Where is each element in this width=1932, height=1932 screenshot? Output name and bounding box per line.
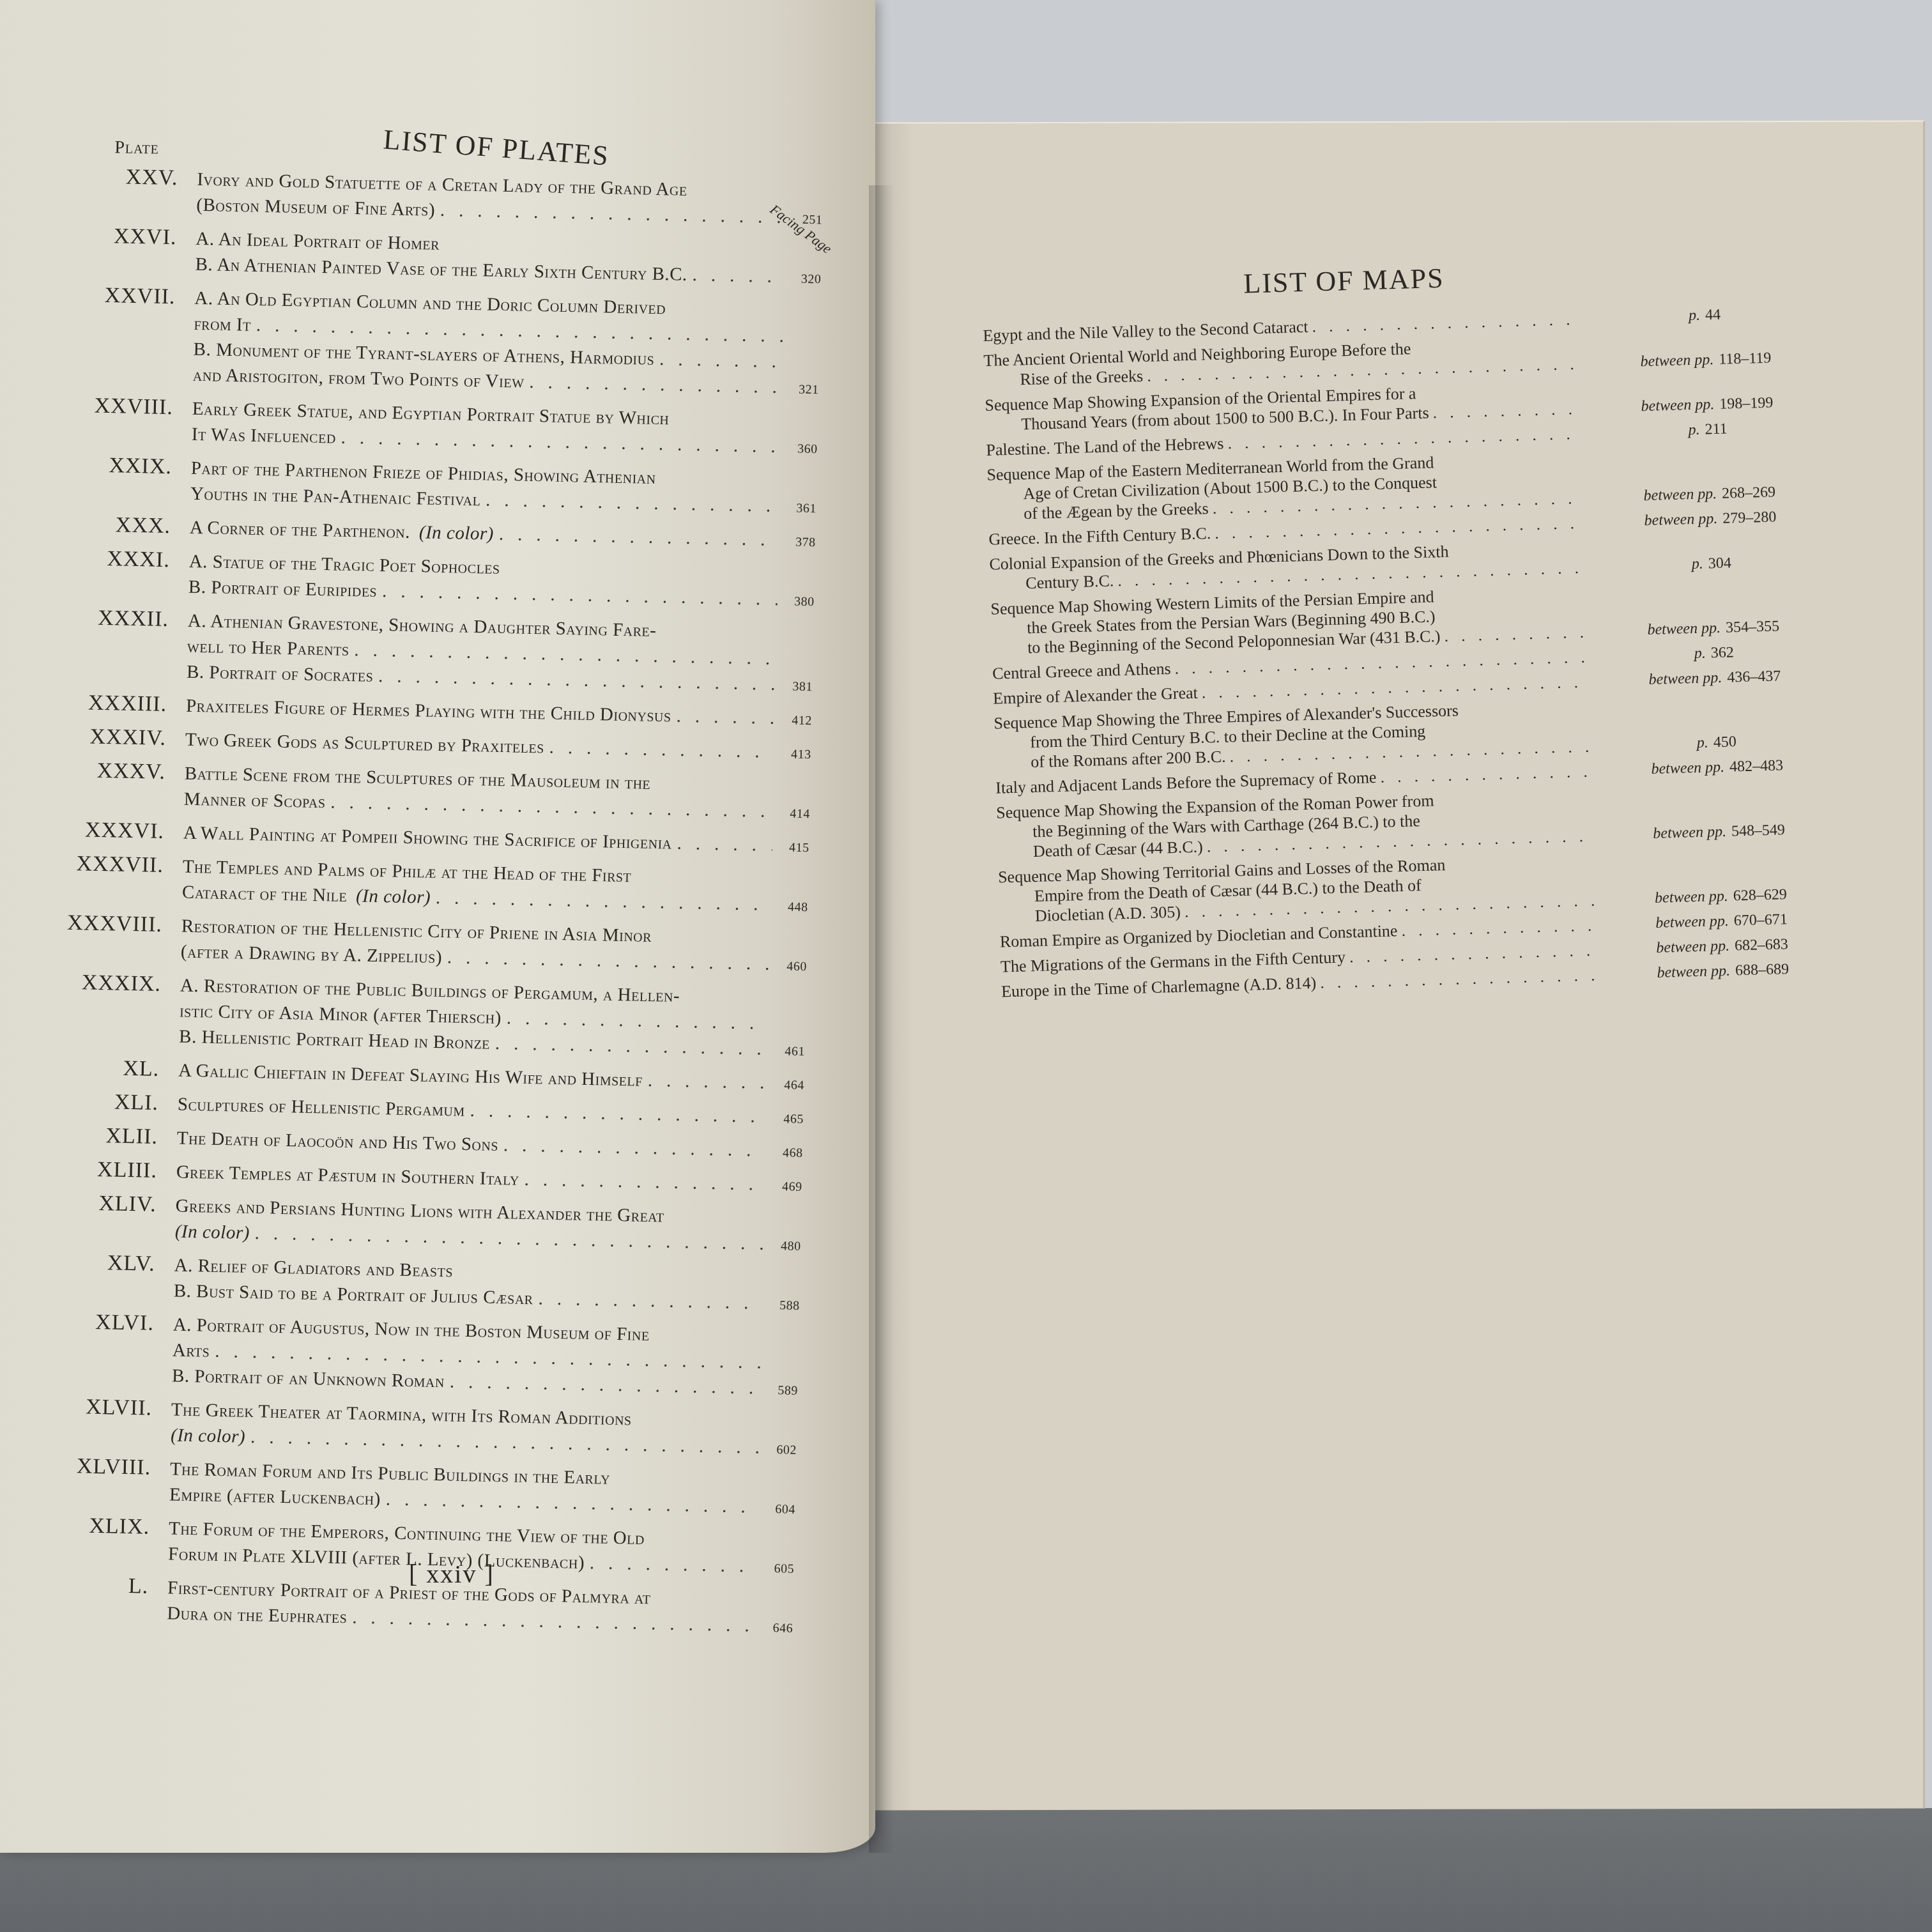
- map-title-text: Europe in the Time of Charlemagne (A.D. …: [1001, 973, 1317, 1002]
- dot-leader: ..............................: [470, 1098, 767, 1130]
- map-page-reference: p.450: [1595, 730, 1838, 756]
- facing-page-number: [782, 639, 814, 640]
- facing-page-number: 460: [774, 953, 807, 979]
- plate-entries: XXV.Ivory and Gold Statuette of a Cretan…: [0, 163, 849, 1648]
- facing-page-number: [785, 486, 817, 487]
- plate-title: Part of the Parthenon Frieze of Phidias,…: [190, 456, 818, 522]
- plate-title: A. An Ideal Portrait of HomerB. An Athen…: [195, 226, 822, 293]
- plate-number: XXXII.: [8, 604, 188, 687]
- facing-page-number: [764, 1487, 796, 1488]
- map-page-reference: between pp.670–671: [1600, 908, 1843, 935]
- dot-leader: ..............................: [590, 1550, 758, 1579]
- facing-page-number: [783, 579, 815, 580]
- plate-number: XXVIII.: [13, 392, 193, 449]
- plate-title: Battle Scene from the Sculptures of the …: [184, 761, 811, 827]
- page-ref-numbers: 211: [1705, 420, 1728, 438]
- page-number-folio: [ xxiv ]: [409, 1559, 494, 1589]
- facing-page-number: 589: [765, 1377, 798, 1404]
- facing-page-number: [787, 367, 819, 368]
- map-entries: Egypt and the Nile Valley to the Second …: [983, 302, 1851, 1007]
- plate-title-text: B. Portrait of Socrates: [187, 659, 374, 689]
- plate-title-text: B. Portrait of Euripides: [188, 574, 378, 604]
- facing-page-number: 320: [789, 266, 822, 292]
- plate-entry: XXXVIII.Restoration of the Hellenistic C…: [2, 910, 833, 980]
- dot-leader: [655, 1604, 756, 1606]
- facing-page-number: 468: [770, 1140, 803, 1166]
- facing-page-number: [778, 792, 810, 792]
- dot-leader: ..............................: [1349, 940, 1598, 967]
- map-title: Sequence Map Showing the Three Empires o…: [993, 696, 1595, 772]
- facing-page-number: 378: [783, 529, 816, 555]
- facing-page-number: 413: [779, 741, 811, 767]
- facing-page-number: [790, 257, 822, 257]
- plate-number: XLVII.: [0, 1393, 171, 1450]
- page-ref-prefix: p.: [1696, 735, 1708, 751]
- map-page-reference: between pp.279–280: [1589, 506, 1832, 533]
- plate-title-text: Praxiteles Figure of Hermes Playing with…: [186, 693, 671, 729]
- map-page-reference: between pp.118–119: [1584, 347, 1828, 374]
- page-ref-prefix: p.: [1689, 307, 1701, 324]
- facing-page-number: 412: [779, 707, 812, 733]
- page-ref-prefix: between pp.: [1644, 510, 1717, 529]
- page-ref-numbers: 450: [1713, 733, 1736, 751]
- plate-number: XXXV.: [5, 757, 185, 814]
- map-title-text: Death of Cæsar (44 B.C.): [1033, 837, 1204, 861]
- page-ref-prefix: between pp.: [1655, 888, 1728, 907]
- map-page-reference: between pp.482–483: [1595, 755, 1839, 781]
- page-ref-numbers: 436–437: [1727, 668, 1781, 686]
- facing-page-number: [775, 944, 807, 945]
- page-ref-prefix: between pp.: [1643, 486, 1717, 504]
- dot-leader: [636, 1425, 760, 1428]
- plate-entry: XXXI.A. Statue of the Tragic Poet Sophoc…: [10, 545, 841, 615]
- plate-entry: XXVIII.Early Greek Statue, and Egyptian …: [13, 392, 844, 463]
- facing-page-number: [781, 664, 813, 665]
- facing-page-number: 380: [782, 588, 815, 615]
- facing-page-number: 480: [769, 1233, 801, 1259]
- plate-number: XLIX.: [0, 1512, 169, 1569]
- plate-title-line: A Corner of the Parthenon.(In color)....…: [189, 515, 816, 556]
- dot-leader: [674, 425, 781, 427]
- plate-number: XXVI.: [16, 222, 196, 279]
- plate-number: XXXVIII.: [2, 910, 182, 967]
- map-title-text: The Migrations of the Germans in the Fif…: [1000, 947, 1346, 976]
- book-gutter: [869, 185, 894, 1853]
- plate-title: The Temples and Palms of Philæ at the He…: [182, 854, 809, 921]
- plate-entry: XXXV.Battle Scene from the Sculptures of…: [5, 757, 836, 827]
- page-ref-prefix: between pp.: [1647, 620, 1721, 638]
- plate-title-text: Arts: [172, 1337, 210, 1363]
- plate-title: Early Greek Statue, and Egyptian Portrai…: [192, 396, 819, 463]
- map-page-reference: between pp.354–355: [1591, 615, 1835, 642]
- facing-page-number: [774, 1029, 806, 1030]
- dot-leader: ..............................: [676, 703, 775, 731]
- map-title-text: Greece. In the Fifth Century B.C.: [988, 523, 1211, 549]
- map-page-reference: between pp.688–689: [1601, 958, 1844, 985]
- map-title-text: Diocletian (A.D. 305): [1034, 902, 1181, 926]
- dot-leader: [661, 636, 776, 639]
- dot-leader: [657, 942, 770, 944]
- dot-leader: ..............................: [549, 735, 774, 765]
- plate-number: XXV.: [17, 163, 197, 220]
- facing-page-number: [788, 342, 820, 342]
- map-page-reference: between pp.198–199: [1586, 392, 1829, 418]
- plate-number: XLV.: [0, 1249, 174, 1306]
- page-ref-numbers: 362: [1710, 644, 1734, 661]
- plate-number: XXXIV.: [6, 723, 186, 755]
- dot-leader: [655, 789, 773, 792]
- page-ref-prefix: p.: [1688, 422, 1700, 438]
- plate-title-text: A Corner of the Parthenon.: [190, 515, 411, 545]
- map-page-reference: between pp.682–683: [1600, 933, 1844, 960]
- plate-title: Greeks and Persians Hunting Lions with A…: [174, 1193, 802, 1259]
- facing-page-number: [763, 1547, 795, 1547]
- dot-leader: ..............................: [1380, 762, 1592, 787]
- dot-leader: ..............................: [1227, 424, 1583, 454]
- dot-leader: ..............................: [503, 1132, 767, 1163]
- dot-leader: ..............................: [524, 1167, 765, 1197]
- map-title-text: Empire of Alexander the Great: [993, 683, 1198, 709]
- map-page-reference: between pp.548–549: [1597, 819, 1841, 846]
- page-ref-numbers: 548–549: [1731, 822, 1786, 839]
- facing-page-number: 604: [763, 1496, 796, 1522]
- plate-title: Sculptures of Hellenistic Pergamum......…: [178, 1092, 804, 1133]
- map-title: Sequence Map Showing the Expansion of th…: [996, 786, 1598, 862]
- page-ref-numbers: 354–355: [1726, 618, 1780, 636]
- plate-title: A. Restoration of the Public Buildings o…: [179, 973, 806, 1064]
- page-ref-prefix: between pp.: [1648, 670, 1722, 688]
- facing-page-number: [786, 427, 818, 427]
- facing-page-number: 469: [770, 1174, 802, 1200]
- plate-number: XLIII.: [0, 1156, 176, 1187]
- dot-leader: ..............................: [495, 1031, 769, 1062]
- plate-entry: XXXIX.A. Restoration of the Public Build…: [0, 969, 832, 1065]
- dot-leader: [445, 250, 785, 257]
- facing-page-number: [767, 1368, 799, 1369]
- plate-entry: XLIV.Greeks and Persians Hunting Lions w…: [0, 1190, 827, 1260]
- dot-leader: ..............................: [1432, 399, 1582, 423]
- plate-number: XXXIX.: [0, 969, 180, 1052]
- facing-page-number: [768, 1284, 800, 1284]
- page-ref-numbers: 44: [1705, 307, 1721, 324]
- plate-title: A Gallic Chieftain in Defeat Slaying His…: [178, 1058, 805, 1099]
- plate-title: A. An Old Egyptian Column and the Doric …: [192, 286, 820, 402]
- page-ref-numbers: 304: [1708, 555, 1732, 572]
- maps-title: LIST OF MAPS: [1243, 262, 1445, 300]
- plate-title-line: The Death of Laocoön and His Two Sons...…: [176, 1126, 803, 1167]
- plate-title-text: A Wall Painting at Pompeii Showing the S…: [183, 820, 673, 856]
- facing-page-number: [762, 1606, 793, 1607]
- plate-title-text: Dura on the Euphrates: [167, 1600, 348, 1630]
- plate-number: XLII.: [0, 1122, 177, 1153]
- facing-page-number: 461: [773, 1038, 806, 1064]
- map-title-text: Central Greece and Athens: [992, 659, 1171, 684]
- plate-number: XLIV.: [0, 1190, 176, 1246]
- map-page-reference: p.211: [1586, 417, 1830, 443]
- plate-title: Restoration of the Hellenistic City of P…: [181, 914, 808, 980]
- dot-leader: ..............................: [1444, 622, 1588, 646]
- map-title: Sequence Map Showing Territorial Gains a…: [998, 850, 1600, 926]
- plate-title: The Greek Theater at Taormina, with Its …: [171, 1397, 798, 1463]
- plate-title: Two Greek Gods as Sculptured by Praxitel…: [185, 727, 812, 768]
- map-title-text: Palestine. The Land of the Hebrews: [986, 433, 1224, 459]
- page-ref-prefix: p.: [1694, 645, 1706, 662]
- plate-title-text: Greek Temples at Pæstum in Southern Ital…: [176, 1160, 519, 1192]
- plate-entry: XLVIII.The Roman Forum and Its Public Bu…: [0, 1453, 822, 1523]
- dot-leader: [505, 574, 778, 579]
- facing-page-number: 360: [785, 436, 818, 462]
- plate-number: XLVI.: [0, 1308, 173, 1391]
- plate-title-text: The Death of Laocoön and His Two Sons: [177, 1126, 499, 1158]
- page-ref-numbers: 198–199: [1719, 394, 1774, 412]
- plate-entry: XXVI.A. An Ideal Portrait of HomerB. An …: [16, 222, 847, 293]
- plate-title-line: Sculptures of Hellenistic Pergamum......…: [178, 1092, 804, 1133]
- dot-leader: [692, 195, 786, 197]
- plate-number: XXXVI.: [4, 816, 184, 848]
- plate-number: XLI.: [0, 1088, 178, 1119]
- map-title-text: of the Ægean by the Greeks: [1023, 498, 1209, 523]
- facing-page-number: 251: [790, 206, 823, 233]
- dot-leader: ..............................: [498, 521, 779, 553]
- plate-number: L.: [0, 1572, 168, 1629]
- plate-number: XXXVII.: [3, 850, 183, 907]
- dot-leader: [650, 1544, 758, 1547]
- plate-title-text: Empire (after Luckenbach): [169, 1482, 381, 1512]
- plate-title: A. Portrait of Augustus, Now in the Bost…: [172, 1312, 799, 1403]
- map-page-reference: p.304: [1590, 551, 1834, 578]
- plate-title-text: (Boston Museum of Fine Arts): [196, 192, 435, 223]
- page-ref-prefix: between pp.: [1641, 396, 1714, 415]
- plate-title-text: well to Her Parents: [187, 634, 349, 663]
- dot-leader: [685, 1002, 769, 1004]
- page-ref-prefix: between pp.: [1657, 963, 1730, 981]
- plate-title-text: It Was Influenced: [192, 422, 337, 450]
- facing-page-number: 465: [771, 1106, 804, 1132]
- plate-number: XL.: [0, 1054, 179, 1085]
- map-title-text: Rise of the Greeks: [1020, 366, 1144, 389]
- page-ref-prefix: between pp.: [1640, 351, 1713, 370]
- map-title-text: Century B.C.: [1025, 571, 1114, 593]
- plate-entry: XXXVII.The Temples and Palms of Philæ at…: [3, 850, 834, 921]
- dot-leader: ..............................: [677, 831, 772, 858]
- plate-title-text: Two Greek Gods as Sculptured by Praxitel…: [185, 727, 545, 760]
- plate-title-text: A Gallic Chieftain in Defeat Slaying His…: [178, 1058, 643, 1093]
- plate-title-line: Praxiteles Figure of Hermes Playing with…: [186, 693, 813, 734]
- plate-title-text: Manner of Scopas: [184, 786, 326, 815]
- map-page-reference: between pp.628–629: [1599, 884, 1843, 910]
- in-color-note: (In color): [356, 883, 431, 910]
- page-ref-numbers: 118–119: [1719, 350, 1772, 368]
- map-title: Sequence Map Showing Western Limits of t…: [990, 583, 1592, 659]
- plate-title-text: B. Portrait of an Unknown Roman: [172, 1363, 445, 1394]
- facing-page-number: [769, 1224, 801, 1225]
- map-page-reference: p.362: [1592, 640, 1836, 667]
- plate-entry: XLV.A. Relief of Gladiators and BeastsB.…: [0, 1249, 826, 1319]
- page-ref-prefix: between pp.: [1653, 824, 1726, 842]
- dot-leader: ..............................: [1320, 965, 1598, 992]
- plate-entry: XXXII.A. Athenian Gravestone, Showing a …: [8, 604, 839, 700]
- plate-title-line: Greek Temples at Pæstum in Southern Ital…: [176, 1160, 802, 1200]
- dot-leader: ..............................: [647, 1068, 767, 1096]
- plate-entry: XXIX.Part of the Parthenon Frieze of Phi…: [11, 452, 843, 522]
- facing-page-number: 646: [761, 1615, 793, 1641]
- plate-title: A. Athenian Gravestone, Showing a Daught…: [187, 608, 814, 700]
- page-ref-numbers: 670–671: [1733, 911, 1788, 929]
- plate-number: XLVIII.: [0, 1453, 171, 1510]
- dot-leader: ..............................: [1401, 916, 1597, 941]
- dot-leader: ..............................: [538, 1285, 763, 1315]
- plate-title-line: Two Greek Gods as Sculptured by Praxitel…: [185, 727, 812, 768]
- page-ref-prefix: between pp.: [1651, 759, 1724, 778]
- dot-leader: ..............................: [1215, 513, 1586, 543]
- plate-number: XXXIII.: [7, 689, 187, 721]
- dot-leader: [670, 1222, 765, 1224]
- facing-page-number: [791, 197, 823, 198]
- in-color-note: (In color): [419, 519, 494, 546]
- plate-title-text: Sculptures of Hellenistic Pergamum: [178, 1092, 465, 1123]
- plate-entry: XLVI.A. Portrait of Augustus, Now in the…: [0, 1308, 825, 1404]
- facing-page-number: [788, 316, 820, 317]
- plate-title-text: Cataract of the Nile: [182, 880, 348, 908]
- page-ref-numbers: 628–629: [1733, 886, 1787, 904]
- page-ref-prefix: between pp.: [1655, 913, 1729, 931]
- map-page-reference: between pp.436–437: [1593, 665, 1837, 692]
- facing-page-number: 321: [786, 376, 819, 402]
- map-title: Sequence Map of the Eastern Mediterranea…: [986, 448, 1588, 525]
- in-color-note: (In color): [171, 1422, 246, 1449]
- plate-title-line: A Wall Painting at Pompeii Showing the S…: [183, 820, 809, 861]
- dot-leader: [636, 882, 771, 884]
- facing-page-number: [765, 1428, 797, 1429]
- plate-title: The Death of Laocoön and His Two Sons...…: [176, 1126, 803, 1167]
- facing-page-number: [776, 885, 808, 885]
- facing-page-number: 605: [762, 1556, 795, 1582]
- dot-leader: [661, 484, 779, 486]
- plate-number: XXX.: [11, 511, 190, 542]
- map-page-reference: between pp.268–269: [1588, 481, 1832, 508]
- facing-page-number: 464: [772, 1072, 804, 1098]
- facing-page-number: 414: [778, 801, 810, 827]
- plate-title-line: A Gallic Chieftain in Defeat Slaying His…: [178, 1058, 805, 1099]
- page-ref-numbers: 482–483: [1729, 757, 1784, 775]
- dot-leader: [654, 1340, 762, 1343]
- dot-leader: ..............................: [486, 487, 779, 519]
- facing-page-number: 588: [767, 1292, 800, 1319]
- plate-title: A. Statue of the Tragic Poet SophoclesB.…: [188, 549, 816, 615]
- dot-leader: [615, 1484, 759, 1487]
- plate-title-text: Youths in the Pan-Athenaic Festival: [190, 481, 481, 513]
- plate-title: Greek Temples at Pæstum in Southern Ital…: [176, 1160, 802, 1200]
- plate-title: The Roman Forum and Its Public Buildings…: [169, 1456, 797, 1522]
- page-ref-numbers: 268–269: [1722, 484, 1776, 502]
- plate-number: XXXI.: [10, 545, 190, 602]
- plate-column-label: Plate: [114, 137, 159, 158]
- facing-page-number: 361: [784, 495, 816, 521]
- dot-leader: ..............................: [692, 262, 784, 289]
- plate-entry: XLVII.The Greek Theater at Taormina, wit…: [0, 1393, 823, 1464]
- plate-title: A Corner of the Parthenon.(In color)....…: [189, 515, 816, 556]
- facing-page-number: 381: [781, 673, 813, 700]
- plate-title: A. Relief of Gladiators and BeastsB. Bus…: [173, 1252, 801, 1319]
- facing-page-number: 602: [765, 1437, 797, 1463]
- plate-number: XXIX.: [11, 452, 192, 509]
- page-ref-prefix: between pp.: [1656, 938, 1729, 956]
- plate-number: XXVII.: [14, 282, 195, 390]
- page-ref-numbers: 279–280: [1722, 509, 1777, 526]
- dot-leader: [458, 1277, 763, 1284]
- plate-title: Praxiteles Figure of Hermes Playing with…: [186, 693, 813, 734]
- page-ref-numbers: 682–683: [1735, 936, 1789, 954]
- in-color-note: (In color): [174, 1218, 250, 1245]
- facing-page-number: 415: [777, 834, 809, 861]
- plate-entry: XXVII.A. An Old Egyptian Column and the …: [14, 282, 847, 403]
- page-ref-prefix: p.: [1692, 556, 1704, 572]
- dot-leader: ..............................: [529, 369, 782, 400]
- facing-page-number: [767, 1343, 799, 1344]
- page-ref-numbers: 688–689: [1735, 961, 1790, 979]
- plate-title-text: (after a Drawing by A. Zippelius): [181, 939, 443, 970]
- facing-page-number: [774, 1004, 806, 1004]
- plate-title-text: from It: [194, 311, 251, 338]
- dot-leader: [671, 314, 783, 316]
- dot-leader: ..............................: [659, 346, 783, 374]
- facing-page-number: 448: [776, 894, 808, 920]
- plate-title: A Wall Painting at Pompeii Showing the S…: [183, 820, 809, 861]
